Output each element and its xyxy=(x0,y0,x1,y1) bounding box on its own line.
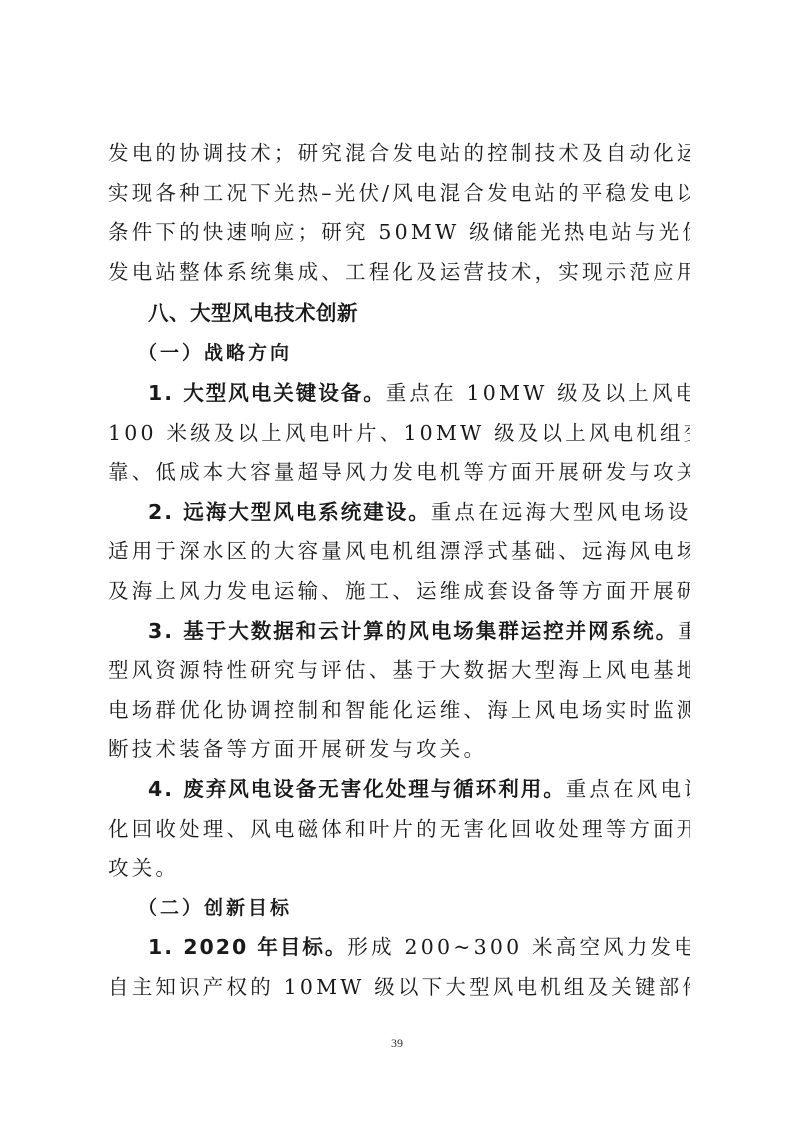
text-line: 发电的协调技术；研究混合发电站的控制技术及自动化运维技术， xyxy=(108,137,690,177)
text-line: 断技术装备等方面开展研发与攻关。 xyxy=(108,733,690,773)
item-text: 形成 200~300 米高空风力发电成套技术。掌握 xyxy=(347,935,690,959)
text-line: 适用于深水区的大容量风电机组漂浮式基础、远海风电场输电，以 xyxy=(108,535,690,575)
text-line: 攻关。 xyxy=(108,852,690,892)
section-heading: 八、大型风电技术创新 xyxy=(108,295,690,337)
text-line: 实现各种工况下光热–光伏/风电混合发电站的平稳发电以及突变 xyxy=(108,177,690,217)
text-line: 化回收处理、风电磁体和叶片的无害化回收处理等方面开展研发与 xyxy=(108,813,690,853)
item-text: 重点在 10MW 级及以上风电机组，以及 xyxy=(386,381,690,405)
item-text: 重点在典 xyxy=(678,619,690,643)
item-text: 重点在远海大型风电场设计建设、 xyxy=(431,500,690,524)
strategy-item-4: 4. 废弃风电设备无害化处理与循环利用。重点在风电设备无害 化回收处理、风电磁体… xyxy=(108,773,690,892)
intro-paragraph: 发电的协调技术；研究混合发电站的控制技术及自动化运维技术， 实现各种工况下光热–… xyxy=(108,137,690,295)
item-text: 重点在风电设备无害 xyxy=(566,777,690,801)
subsection-heading-goals: （二）创新目标 xyxy=(108,892,690,932)
subsection-heading-strategy: （一）战略方向 xyxy=(108,337,690,377)
text-line: 靠、低成本大容量超导风力发电机等方面开展研发与攻关。 xyxy=(108,456,690,496)
strategy-item-2: 2. 远海大型风电系统建设。重点在远海大型风电场设计建设、 适用于深水区的大容量… xyxy=(108,496,690,615)
text-line: 及海上风力发电运输、施工、运维成套设备等方面开展研发与攻关。 xyxy=(108,575,690,615)
text-line: 条件下的快速响应；研究 50MW 级储能光热电站与光伏/风电混合 xyxy=(108,216,690,256)
page-number: 39 xyxy=(0,1036,794,1051)
text-line: 100 米级及以上风电叶片、10MW 级及以上风电机组变流器和高可 xyxy=(108,417,690,457)
strategy-item-1: 1. 大型风电关键设备。重点在 10MW 级及以上风电机组，以及 100 米级及… xyxy=(108,377,690,496)
item-label: 2. 远海大型风电系统建设。 xyxy=(148,500,431,524)
item-label: 1. 大型风电关键设备。 xyxy=(148,381,386,405)
item-label: 1. 2020 年目标。 xyxy=(148,935,347,959)
text-line: 电场群优化协调控制和智能化运维、海上风电场实时监测及智能诊 xyxy=(108,694,690,734)
goal-item-1: 1. 2020 年目标。形成 200~300 米高空风力发电成套技术。掌握 自主… xyxy=(108,931,690,1010)
text-line: 自主知识产权的 10MW 级以下大型风电机组及关键部件的设计制 xyxy=(108,971,690,1011)
text-line: 型风资源特性研究与评估、基于大数据大型海上风电基地群控、风 xyxy=(108,654,690,694)
text-line: 发电站整体系统集成、工程化及运营技术，实现示范应用。 xyxy=(108,256,690,296)
document-page: 发电的协调技术；研究混合发电站的控制技术及自动化运维技术， 实现各种工况下光热–… xyxy=(108,137,690,1010)
item-label: 3. 基于大数据和云计算的风电场集群运控并网系统。 xyxy=(148,619,678,643)
strategy-item-3: 3. 基于大数据和云计算的风电场集群运控并网系统。重点在典 型风资源特性研究与评… xyxy=(108,615,690,773)
item-label: 4. 废弃风电设备无害化处理与循环利用。 xyxy=(148,777,566,801)
